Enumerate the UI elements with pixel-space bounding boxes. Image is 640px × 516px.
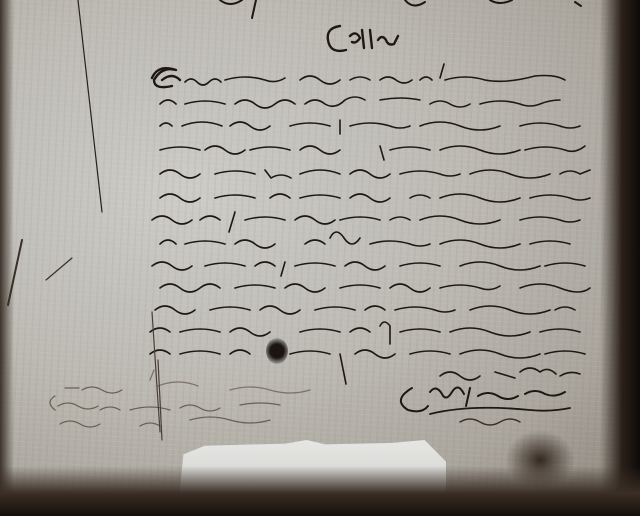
manuscript-photo: Callar Photograph of a handwritten histo…	[0, 0, 640, 516]
handwriting-strokes	[0, 0, 640, 516]
ink-blot	[266, 338, 288, 364]
